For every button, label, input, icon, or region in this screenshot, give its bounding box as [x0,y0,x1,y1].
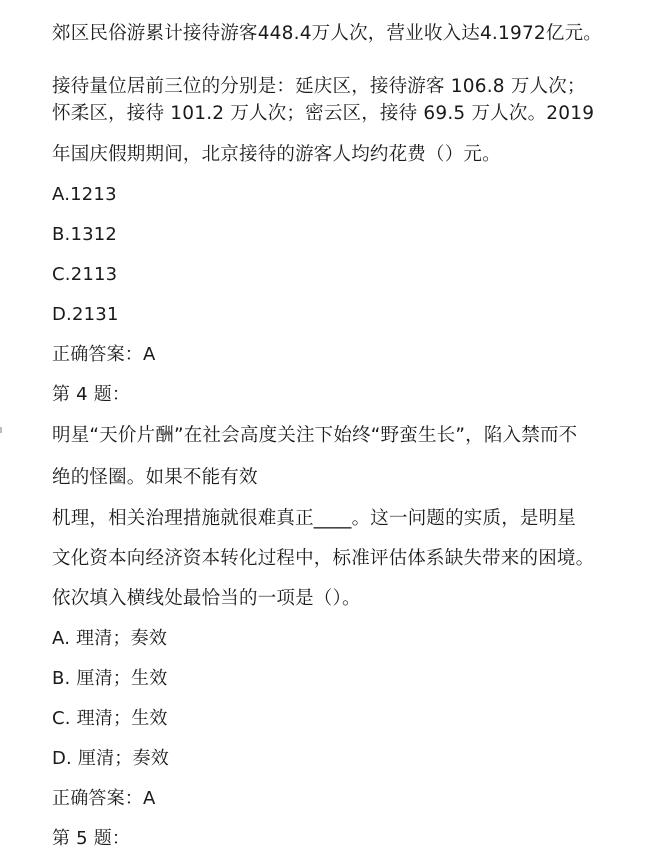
q4-stem-line-5: 依次填入横线处最恰当的一项是（）。 [52,587,361,611]
q5-number: 第 5 题： [52,827,130,851]
q3-stem-line-3: 怀柔区，接待 101.2 万人次；密云区，接待 69.5 万人次。2019 [52,102,594,126]
q4-option-b: B. 厘清；生效 [52,667,167,691]
q4-option-d: D. 厘清；奏效 [52,747,169,771]
q3-stem-line-4: 年国庆假期期间，北京接待的游客人均约花费（）元。 [52,143,501,167]
q4-stem-line-1: 明星“天价片酬”在社会高度关注下始终“野蛮生长”，陷入禁而不 [52,424,577,448]
q4-number: 第 4 题： [52,383,130,407]
q4-stem-line-3: 机理，相关治理措施就很难真正____。这一问题的实质，是明星 [52,507,576,531]
q4-stem-line-2: 绝的怪圈。如果不能有效 [52,466,258,490]
q3-stem-line-2: 接待量位居前三位的分别是：延庆区，接待游客 106.8 万人次； [52,75,586,99]
q4-option-c: C. 理清；生效 [52,707,168,731]
q3-option-c: C.2113 [52,263,117,287]
q4-option-a: A. 理清；奏效 [52,627,167,651]
page-edge-mark [0,427,2,433]
q3-correct-answer: 正确答案：A [52,343,156,367]
q3-stem-line-1: 郊区民俗游累计接待游客448.4万人次，营业收入达4.1972亿元。 [52,22,602,46]
q4-correct-answer: 正确答案：A [52,787,156,811]
q3-option-b: B.1312 [52,223,117,247]
q3-option-a: A.1213 [52,183,117,207]
q3-option-d: D.2131 [52,303,119,327]
q4-stem-line-4: 文化资本向经济资本转化过程中，标准评估体系缺失带来的困境。 [52,547,594,571]
